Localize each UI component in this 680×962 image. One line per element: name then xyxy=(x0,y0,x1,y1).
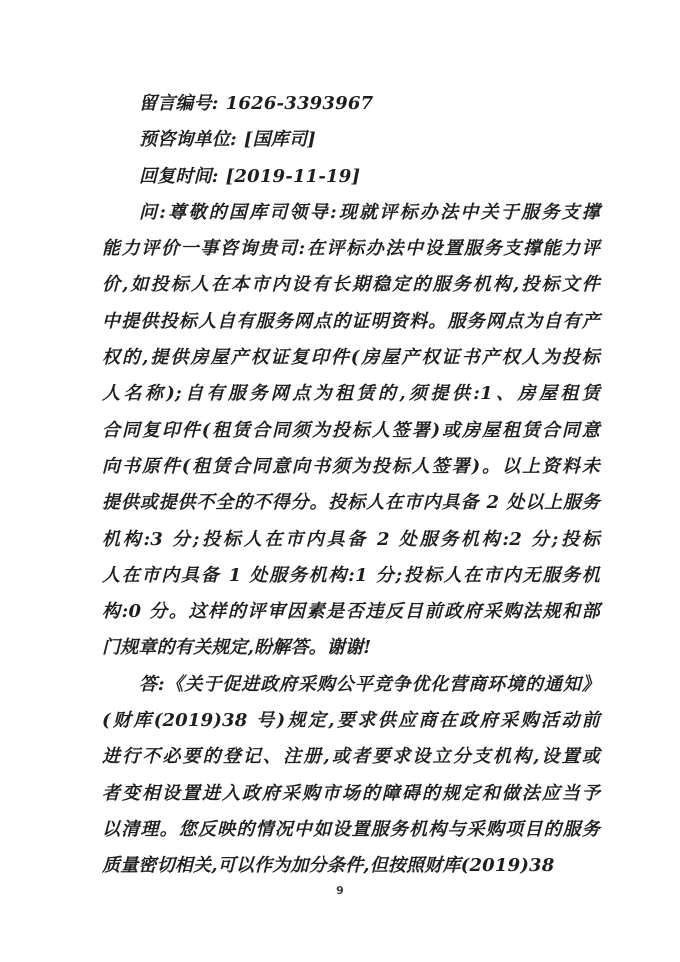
question-line: 价,如投标人在本市内设有长期稳定的服务机构,投标文件 xyxy=(102,267,600,303)
question-line: 合同复印件(租赁合同须为投标人签署)或房屋租赁合同意 xyxy=(102,413,600,449)
answer-paragraph: 答:《关于促进政府采购公平竞争优化营商环境的通知》 (财库(2019)38 号)… xyxy=(102,667,600,885)
answer-line: 答:《关于促进政府采购公平竞争优化营商环境的通知》 xyxy=(102,667,600,703)
document-page: 留言编号:1626-3393967 预咨询单位:[国库司] 回复时间:[2019… xyxy=(102,86,600,885)
question-line: 人名称);自有服务网点为租赁的,须提供:1、房屋租赁 xyxy=(102,376,600,412)
question-line: 向书原件(租赁合同意向书须为投标人签署)。以上资料未 xyxy=(102,449,600,485)
meta-value: [国库司] xyxy=(244,129,316,150)
question-line: 问:尊敬的国库司领导:现就评标办法中关于服务支撑 xyxy=(102,195,600,231)
question-paragraph: 问:尊敬的国库司领导:现就评标办法中关于服务支撑 能力评价一事咨询贵司:在评标办… xyxy=(102,195,600,667)
question-line: 权的,提供房屋产权证复印件(房屋产权证书产权人为投标 xyxy=(102,340,600,376)
meta-line-consulted-unit: 预咨询单位:[国库司] xyxy=(102,122,600,158)
question-line: 能力评价一事咨询贵司:在评标办法中设置服务支撑能力评 xyxy=(102,231,600,267)
question-line: 提供或提供不全的不得分。投标人在市内具备 2 处以上服务 xyxy=(102,485,600,521)
question-line: 构:0 分。这样的评审因素是否违反目前政府采购法规和部 xyxy=(102,594,600,630)
answer-line: 者变相设置进入政府采购市场的障碍的规定和做法应当予 xyxy=(102,776,600,812)
page-number: 9 xyxy=(0,884,680,897)
answer-line: (财库(2019)38 号)规定,要求供应商在政府采购活动前 xyxy=(102,703,600,739)
meta-label: 回复时间: xyxy=(139,166,219,187)
answer-line: 进行不必要的登记、注册,或者要求设立分支机构,设置或 xyxy=(102,739,600,775)
question-line: 门规章的有关规定,盼解答。谢谢! xyxy=(102,630,600,666)
answer-line: 以清理。您反映的情况中如设置服务机构与采购项目的服务 xyxy=(102,812,600,848)
question-line: 中提供投标人自有服务网点的证明资料。服务网点为自有产 xyxy=(102,304,600,340)
answer-line: 质量密切相关,可以作为加分条件,但按照财库(2019)38 xyxy=(102,848,600,884)
question-line: 机构:3 分;投标人在市内具备 2 处服务机构:2 分;投标 xyxy=(102,522,600,558)
meta-line-message-id: 留言编号:1626-3393967 xyxy=(102,86,600,122)
meta-label: 预咨询单位: xyxy=(139,129,237,150)
meta-value: [2019-11-19] xyxy=(226,166,361,187)
question-line: 人在市内具备 1 处服务机构:1 分;投标人在市内无服务机 xyxy=(102,558,600,594)
meta-label: 留言编号: xyxy=(139,93,219,114)
meta-value: 1626-3393967 xyxy=(226,93,374,114)
meta-line-reply-date: 回复时间:[2019-11-19] xyxy=(102,159,600,195)
